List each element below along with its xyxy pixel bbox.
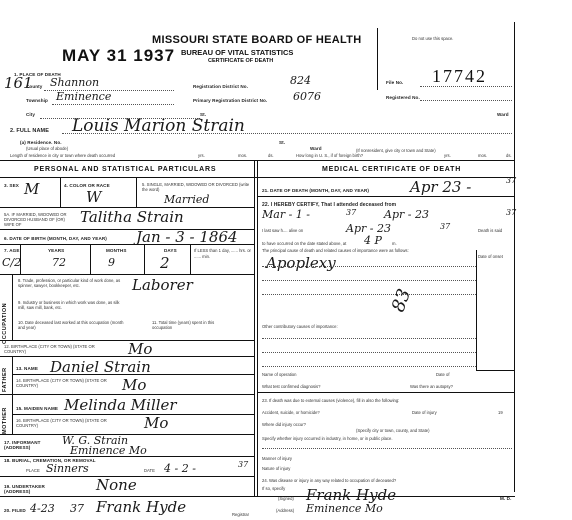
industry-label: 9. Industry or business in which work wa… [18,300,128,310]
onset-box-divider [476,250,477,370]
row-line [0,394,255,395]
date-of-death-year: 37 [506,176,516,185]
full-name-label: 2. FULL NAME [10,128,49,134]
contributory-line [262,338,476,339]
township-line [52,104,174,105]
city-ward-label: Ward [497,112,509,117]
burial-place-value: Sinners [46,462,89,475]
residence-st-label: St. [279,140,285,145]
occurred-label: to have occurred on the date stated abov… [262,241,346,246]
center-divider [254,160,255,496]
color-divider [136,177,137,207]
us-ds-label: ds. [506,153,512,158]
cause-line [262,294,476,295]
contributory-line [262,366,476,367]
us-mos-label: mos. [478,153,487,158]
injury-year-label: 19 [498,410,503,415]
attended-from-year: 37 [346,208,356,217]
age-label: 7. AGE [4,248,20,253]
operation-label: Name of operation [262,372,296,377]
father-birthplace-label: 14. BIRTHPLACE (CITY OR TOWN) (STATE OR … [16,378,116,388]
form-name: CERTIFICATE OF DEATH [208,58,273,64]
registration-district-label: Registration District No. [193,84,248,89]
row-line [257,392,515,393]
mother-vertical-label: MOTHER [2,407,8,434]
if-so-label: If so, specify [262,486,285,491]
registered-no-label: Registered No. [386,95,420,100]
sex-divider [60,177,61,207]
form-title: MISSOURI STATE BOARD OF HEALTH [152,34,361,46]
manner-injury-label: Manner of injury [262,456,292,461]
injury-place-line [262,448,512,449]
city-label: City [26,112,35,117]
length-mos-label: mos. [238,153,247,158]
date-onset-label: Date of onset [478,254,503,259]
date-of-death-label: 21. DATE OF DEATH (MONTH, DAY, AND YEAR) [262,188,369,193]
less-than-day-label: If LESS than 1 day, ...... hrs. or .....… [194,248,254,260]
township-label: Township [26,98,48,103]
diagnosis-label: What test confirmed diagnosis? [262,384,320,389]
signed-label: (Signed) [278,496,294,501]
primary-district-label: Primary Registration District No. [193,98,267,103]
trade-value: Laborer [132,276,193,294]
row-line [0,496,515,497]
cause-line [262,266,476,267]
primary-district-value: 6076 [293,90,321,103]
length-yrs-label: yrs. [198,153,205,158]
file-number: 17742 [432,66,487,87]
where-injury-label: Where did injury occur? [262,422,306,427]
last-saw-label: I last saw h.... alive on [262,228,303,233]
attended-to-year: 37 [506,208,516,217]
registration-district-value: 824 [290,74,311,87]
cause-line [262,280,476,281]
dob-label: 6. DATE OF BIRTH (MONTH, DAY, AND YEAR) [4,236,107,241]
days-label: DAYS [164,248,177,253]
mother-birthplace-value: Mo [144,414,168,432]
cause-label: The principal cause of death and related… [262,248,409,253]
informant-label: 17. INFORMANT (ADDRESS) [4,440,52,450]
father-divider [12,356,13,394]
full-name-line [62,133,512,134]
sex-value: M [24,180,39,198]
row-line [0,456,255,457]
color-value: W [86,188,101,206]
cause-value: Apoplexy [266,254,336,272]
registrar-signature: Frank Hyde [96,498,186,516]
county-label: County [26,84,42,89]
length-residence-label: Length of residence in city or town wher… [10,153,115,158]
where-injury-note: (Specify city or town, county, and State… [356,428,429,433]
residence-label: (a) Residence. No. [20,140,62,145]
last-saw-year: 37 [440,222,450,231]
spouse-value: Talitha Strain [80,208,184,226]
row-line [12,374,255,375]
father-vertical-label: FATHER [2,367,8,392]
age-divider [20,244,21,274]
burial-place-label: PLACE [26,468,40,473]
time-of-death: 4 P [364,234,382,247]
burial-year-value: 37 [238,460,248,469]
contributory-label: Other contributory causes of importance: [262,324,338,329]
filed-label: 20. FILED [4,508,26,513]
last-worked-label: 10. Date deceased last worked at this oc… [18,320,128,330]
years-divider [90,244,91,274]
row-line [0,274,255,275]
mother-maiden-value: Melinda Miller [64,396,177,414]
county-value: Shannon [50,76,99,89]
nature-injury-label: Nature of injury [262,466,290,471]
accident-label: Accident, suicide, or homicide? [262,410,320,415]
onset-box-bottom [476,370,514,371]
attended-from-value: Mar - 1 - [262,208,310,221]
spouse-label: 5A. IF MARRIED, WIDOWED OR DIVORCED HUSB… [4,212,76,227]
trade-label: 8. Trade, profession, or particular kind… [18,278,128,288]
filed-year-value: 37 [70,502,84,515]
row-line [257,196,515,197]
row-line [0,244,255,245]
death-said-label: Death is said [478,228,502,233]
row-line [0,356,255,357]
header-divider [377,28,378,90]
md-label: M. D. [500,496,511,501]
us-residence-label: How long in U. S., if of foreign birth? [296,153,363,158]
nonresident-note: (If nonresident, give city or town and S… [356,148,436,153]
residence-ward-label: Ward [310,146,322,151]
residence-sub-label: (Usual place of abode) [26,146,68,151]
date-of-death-value: Apr 23 - [410,178,471,196]
operation-date-label: Date of [436,372,450,377]
months-label: MONTHS [106,248,127,253]
right-border [514,22,515,492]
marital-label: 5. SINGLE, MARRIED, WIDOWED OR DIVORCED … [142,182,252,192]
injury-place-label: Specify whether injury occurred in indus… [262,436,393,441]
time-suffix: m. [392,241,397,246]
registrar-label: Registrar [232,512,249,517]
total-time-label: 11. Total time (years) spent in this occ… [152,320,222,330]
physician-address: Eminence Mo [306,502,383,515]
related-occupation-label: 24. Was disease or injury in any way rel… [262,478,396,483]
months-divider [144,244,145,274]
township-value: Eminence [56,90,111,103]
length-ds-label: ds. [268,153,274,158]
attended-to-value: Apr - 23 [384,208,429,221]
father-birthplace-value: Mo [122,376,146,394]
undertaker-label: 19. UNDERTAKER (ADDRESS) [4,484,64,494]
burial-date-value: 4 - 2 - [164,462,196,475]
undertaker-value: None [96,476,137,494]
registered-no-line [420,100,512,101]
occupation-divider [12,274,13,340]
mother-birthplace-label: 16. BIRTHPLACE (CITY OR TOWN) (STATE OR … [16,418,116,428]
us-yrs-label: yrs. [444,153,451,158]
years-label: YEARS [48,248,64,253]
filed-date-value: 4-23 [30,502,55,515]
age-margin-note: C/2 [2,256,21,269]
days-value: 2 [160,254,170,272]
mother-maiden-label: 15. MAIDEN NAME [16,406,58,411]
external-causes-label: 23. If death was due to external causes … [262,398,399,403]
personal-section-title: PERSONAL AND STATISTICAL PARTICULARS [34,166,216,173]
occupation-vertical-label: OCCUPATION [2,303,8,344]
form-subtitle: BUREAU OF VITAL STATISTICS [181,48,293,57]
do-not-use-note: Do not use this space. [412,36,453,41]
address-label: (Address) [276,508,294,513]
center-divider-2 [257,160,258,496]
file-no-line [420,86,512,87]
sex-label: 3. SEX [4,183,19,188]
father-name-label: 13. NAME [16,366,38,371]
contributory-line [262,352,476,353]
birthplace-label: 12. BIRTHPLACE (CITY OR TOWN) (STATE OR … [4,344,114,354]
injury-date-label: Date of injury [412,410,437,415]
medical-section-title: MEDICAL CERTIFICATE OF DEATH [322,166,461,173]
file-no-label: File No. [386,80,403,85]
months-value: 9 [108,256,115,269]
autopsy-label: Was there an autopsy? [410,384,453,389]
burial-date-label: DATE [144,468,155,473]
row-line [12,414,255,415]
years-value: 72 [52,256,66,269]
marital-value: Married [164,193,209,206]
received-date-stamp: MAY 31 1937 [62,46,175,66]
margin-annotation: 83 [388,286,416,315]
days-divider [190,244,191,274]
